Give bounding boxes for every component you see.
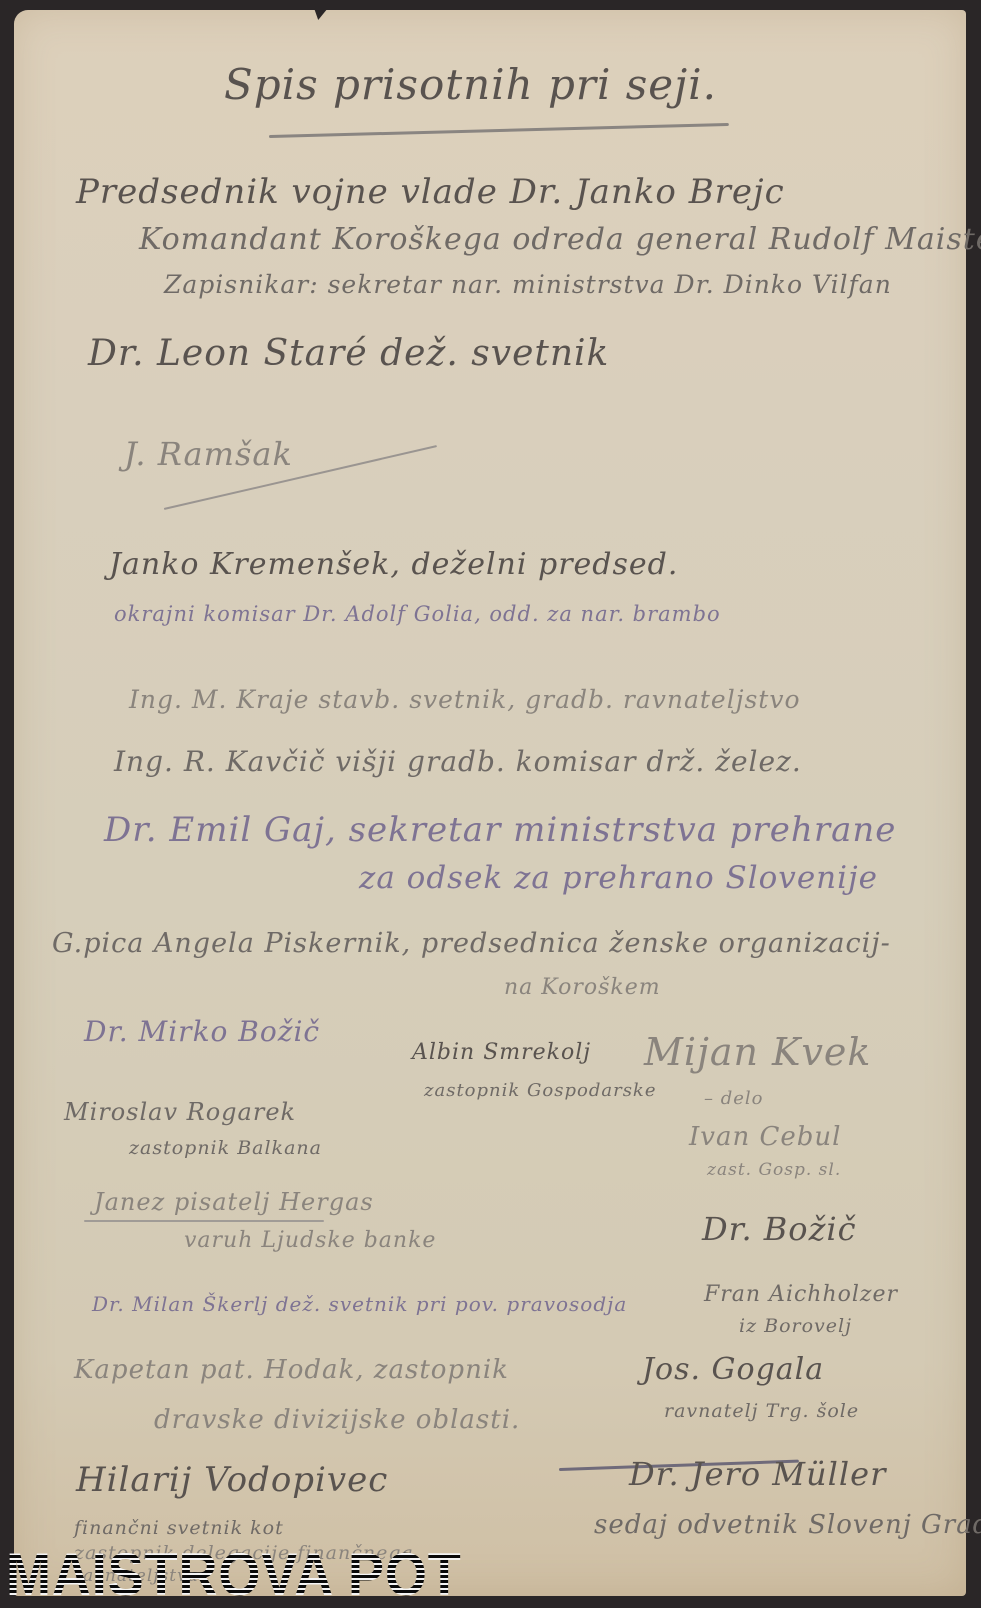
- entry-kavcic: Ing. R. Kavčič višji gradb. komisar drž.…: [114, 745, 802, 778]
- entry-brejc: Predsednik vojne vlade Dr. Janko Brejc: [76, 172, 785, 212]
- entry-gogala-role: ravnatelj Trg. šole: [664, 1400, 859, 1422]
- entry-hergas-role: varuh Ljudske banke: [184, 1228, 436, 1253]
- entry-hergas: Janez pisatelj Hergas: [94, 1188, 374, 1216]
- entry-muller: Dr. Jero Müller: [629, 1455, 886, 1493]
- entry-aichholzer: Fran Aichholzer: [704, 1282, 898, 1307]
- entry-cebul-role: zast. Gosp. sl.: [707, 1160, 841, 1180]
- entry-vodopivec-role-1: finančni svetnik kot: [74, 1517, 284, 1539]
- entry-gaj-dept: za odsek za prehrano Slovenije: [359, 860, 878, 896]
- entry-rogarek-role: zastopnik Balkana: [129, 1137, 322, 1159]
- entry-kremensek: Janko Kremenšek, deželni predsed.: [109, 547, 678, 582]
- entry-stare: Dr. Leon Staré dež. svetnik: [88, 333, 609, 374]
- document-sheet: Spis prisotnih pri seji. Predsednik vojn…: [14, 10, 966, 1596]
- entry-mirko-bozic: Dr. Mirko Božič: [84, 1015, 320, 1048]
- hergas-underline: [84, 1220, 324, 1222]
- entry-aichholzer-place: iz Borovelj: [739, 1315, 852, 1337]
- entry-dr-bozic: Dr. Božič: [702, 1210, 857, 1248]
- entry-delo: – delo: [704, 1088, 764, 1109]
- entry-cebul: Ivan Cebul: [689, 1122, 841, 1152]
- entry-skerlj: Dr. Milan Škerlj dež. svetnik pri pov. p…: [92, 1292, 627, 1316]
- entry-gaj: Dr. Emil Gaj, sekretar ministrstva prehr…: [104, 810, 896, 850]
- document-title: Spis prisotnih pri seji.: [224, 60, 717, 109]
- entry-gogala: Jos. Gogala: [642, 1352, 824, 1387]
- watermark-logo: MAISTROVA POT: [6, 1545, 462, 1605]
- entry-hodak-role: dravske divizijske oblasti.: [154, 1405, 520, 1435]
- title-underline: [269, 123, 729, 138]
- entry-smrekolj: Albin Smrekolj: [412, 1040, 591, 1065]
- entry-golia: okrajni komisar Dr. Adolf Golia, odd. za…: [114, 602, 721, 626]
- entry-vodopivec: Hilarij Vodopivec: [76, 1460, 388, 1500]
- entry-kvek: Mijan Kvek: [644, 1030, 871, 1074]
- entry-hodak: Kapetan pat. Hodak, zastopnik: [74, 1355, 509, 1385]
- entry-kraje: Ing. M. Kraje stavb. svetnik, gradb. rav…: [129, 685, 801, 714]
- entry-maister: Komandant Koroškega odreda general Rudol…: [139, 222, 981, 257]
- entry-piskernik: G.pica Angela Piskernik, predsednica žen…: [52, 928, 891, 959]
- entry-rogarek: Miroslav Rogarek: [64, 1098, 296, 1126]
- signature-ramsak: J. Ramšak: [124, 435, 293, 473]
- entry-smrekolj-role: zastopnik Gospodarske: [424, 1080, 657, 1101]
- entry-vilfan: Zapisnikar: sekretar nar. ministrstva Dr…: [164, 270, 892, 299]
- entry-muller-role: sedaj odvetnik Slovenj Gradec: [594, 1510, 981, 1540]
- entry-piskernik-cont: na Koroškem: [504, 975, 661, 1000]
